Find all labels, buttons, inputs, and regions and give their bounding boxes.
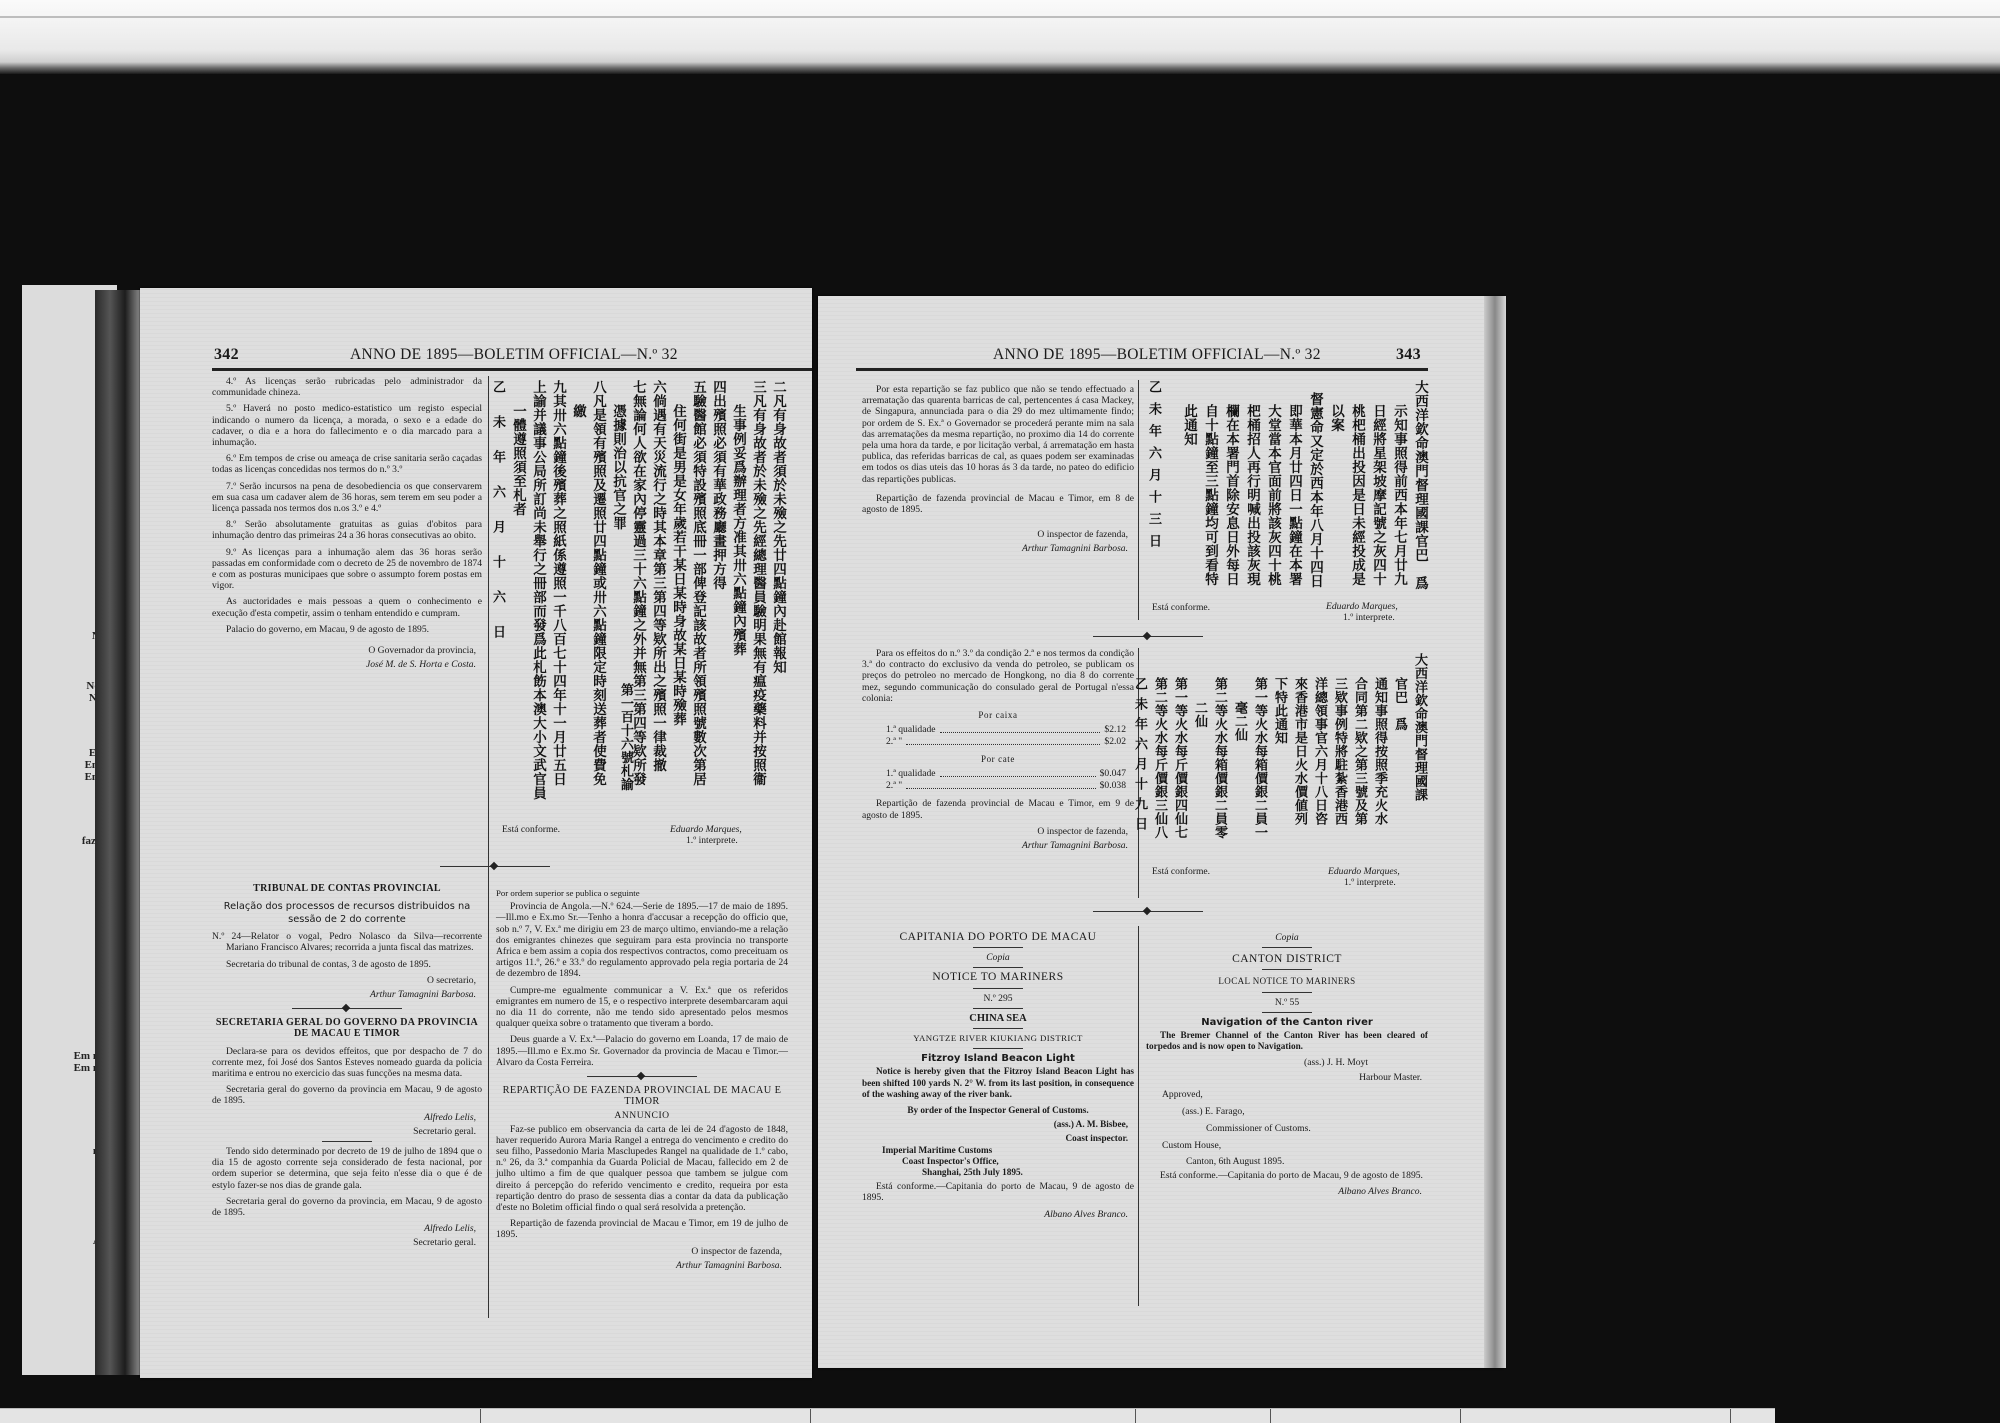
left-page-header-title: ANNO DE 1895—BOLETIM OFFICIAL—N.º 32	[350, 346, 678, 364]
right-page-header: ANNO DE 1895—BOLETIM OFFICIAL—N.º 32 343	[818, 346, 1504, 368]
canton-heading: CANTON DISTRICT	[1146, 954, 1428, 965]
page-edge	[1484, 296, 1506, 1368]
capitania-notice: CAPITANIA DO PORTO DE MACAU Copia NOTICE…	[862, 932, 1134, 1220]
canton-notice: Copia CANTON DISTRICT LOCAL NOTICE TO MA…	[1146, 932, 1428, 1197]
auction-notice-chinese: 大西洋欽命澳門督理國課官巴 爲 示知事照得前西本年七月廿九 日經將星架坡摩記號之…	[1146, 380, 1428, 600]
order-number-chinese: 第一百十六號札諭	[498, 683, 634, 791]
auction-notice: Por esta repartição se faz publico que n…	[862, 384, 1134, 555]
price-row: 2.ª "$2.02	[862, 736, 1134, 748]
regulation-portuguese: 4.º As licenças serão rubricadas pelo ad…	[212, 376, 482, 670]
capitania-heading: CAPITANIA DO PORTO DE MACAU	[862, 932, 1134, 943]
governor-signature: José M. de S. Horta e Costa.	[366, 659, 476, 670]
next-frame-strip	[0, 1408, 1775, 1423]
price-row: 1.ª qualidade$2.12	[862, 724, 1134, 736]
tribunal-section: TRIBUNAL DE CONTAS PROVINCIAL Relação do…	[212, 883, 482, 1249]
section-separator	[440, 866, 550, 867]
book-gutter-shadow	[95, 290, 145, 1375]
column-divider	[1138, 926, 1139, 1306]
interpreter-signature: Eduardo Marques,	[670, 824, 742, 835]
scanner-top-band	[0, 0, 2000, 74]
left-page-342: 342 ANNO DE 1895—BOLETIM OFFICIAL—N.º 32…	[140, 288, 812, 1378]
price-row: 2.ª "$0.038	[862, 780, 1134, 792]
left-page-header: 342 ANNO DE 1895—BOLETIM OFFICIAL—N.º 32	[140, 346, 812, 368]
secretaria-heading: SECRETARIA GERAL DO GOVERNO DA PROVINCIA…	[212, 1017, 482, 1039]
conformity-note: Está conforme.	[502, 824, 560, 835]
tribunal-secretary-signature: Arthur Tamagnini Barbosa.	[370, 989, 476, 1000]
petroleum-notice: Para os effeitos do n.º 3.º da condição …	[862, 648, 1134, 851]
tribunal-heading: TRIBUNAL DE CONTAS PROVINCIAL	[212, 883, 482, 894]
right-page-header-title: ANNO DE 1895—BOLETIM OFFICIAL—N.º 32	[993, 346, 1321, 364]
price-row: 1.ª qualidade$0.047	[862, 768, 1134, 780]
column-divider	[1138, 380, 1139, 620]
right-page-number: 343	[1396, 346, 1421, 364]
fazenda-heading: REPARTIÇÃO DE FAZENDA PROVINCIAL DE MACA…	[496, 1085, 788, 1107]
right-page-343: ANNO DE 1895—BOLETIM OFFICIAL—N.º 32 343…	[818, 296, 1504, 1368]
column-divider	[488, 878, 489, 1318]
angola-section: Por ordem superior se publica o seguinte…	[496, 888, 788, 1271]
left-page-number: 342	[214, 346, 239, 364]
petroleum-notice-chinese: 大西洋欽命澳門督理國課 官巴 爲 通知事照得按照季充火水 合同第二欵之第三號及第…	[1148, 653, 1428, 863]
